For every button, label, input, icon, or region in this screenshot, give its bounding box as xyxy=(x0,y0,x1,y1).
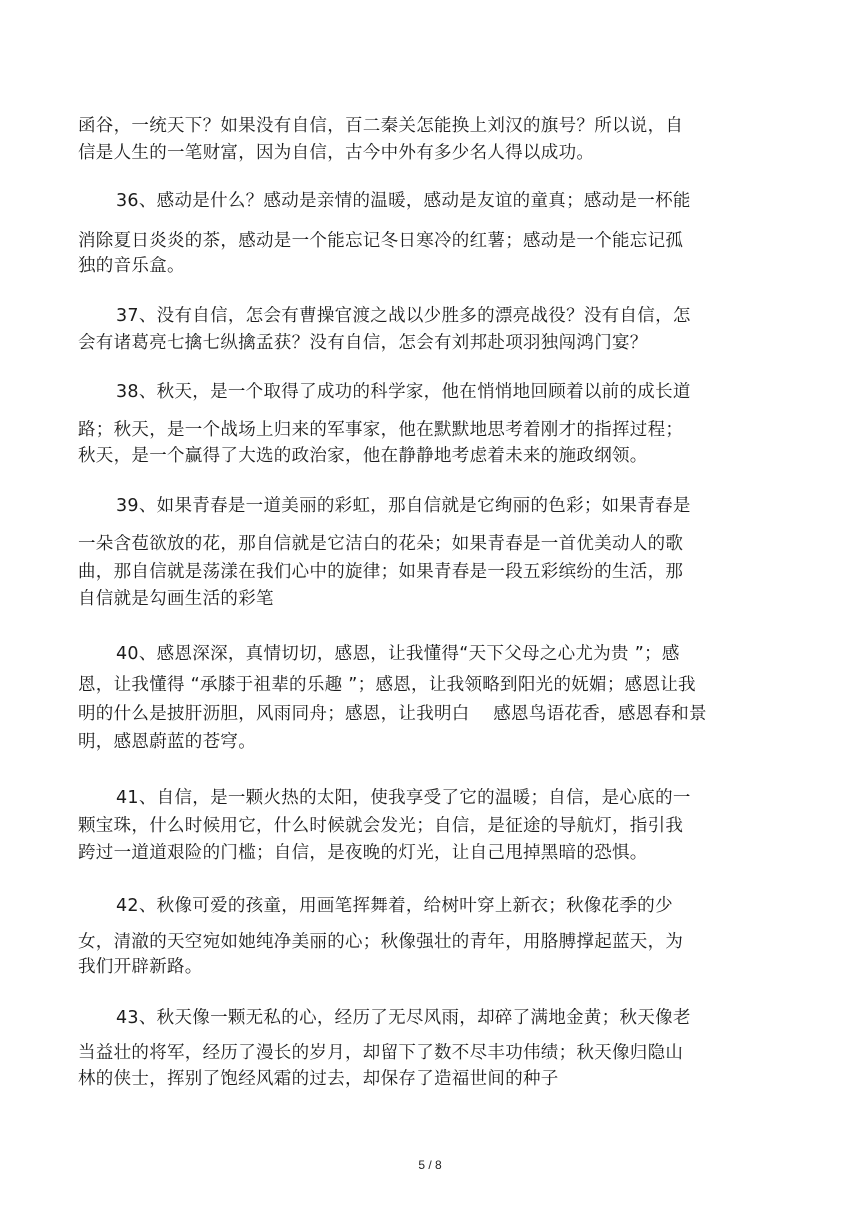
text-line: 颗宝珠，什么时候用它，什么时候就会发光；自信，是征途的导航灯，指引我 xyxy=(78,816,683,836)
page-number: 5 / 8 xyxy=(0,1158,860,1172)
text-line: 明的什么是披肝沥胆，风雨同舟；感恩，让我明白 感恩鸟语花香，感恩春和景 xyxy=(78,704,707,724)
paragraph-38-first-line: 38、秋天，是一个取得了成功的科学家，他在悄悄地回顾着以前的成长道 xyxy=(116,382,691,402)
text-line: 恩，让我懂得 “承膝于祖辈的乐趣 ”；感恩，让我领略到阳光的妩媚；感恩让我 xyxy=(78,675,696,695)
text-line: 林的侠士，挥别了饱经风霜的过去，却保存了造福世间的种子 xyxy=(78,1069,559,1089)
paragraph-42-first-line: 42、秋像可爱的孩童，用画笔挥舞着，给树叶穿上新衣；秋像花季的少 xyxy=(116,896,673,916)
text-line: 会有诸葛亮七擒七纵擒孟获？没有自信，怎会有刘邦赴项羽独闯鸿门宴？ xyxy=(78,333,648,353)
paragraph-36-first-line: 36、感动是什么？感动是亲情的温暖，感动是友谊的童真；感动是一杯能 xyxy=(116,191,691,211)
paragraph-37-first-line: 37、没有自信，怎会有曹操官渡之战以少胜多的漂亮战役？没有自信，怎 xyxy=(116,306,691,326)
text-line: 当益壮的将军，经历了漫长的岁月，却留下了数不尽丰功伟绩；秋天像归隐山 xyxy=(78,1043,683,1063)
text-line: 跨过一道道艰险的门槛；自信，是夜晚的灯光，让自己甩掉黑暗的恐惧。 xyxy=(78,843,648,863)
text-line: 自信就是勾画生活的彩笔 xyxy=(78,589,274,609)
text-line: 函谷，一统天下？如果没有自信，百二秦关怎能换上刘汉的旗号？所以说，自 xyxy=(78,116,683,136)
text-line: 明，感恩蔚蓝的苍穹。 xyxy=(78,732,256,752)
text-line: 我们开辟新路。 xyxy=(78,957,203,977)
text-line: 曲，那自信就是荡漾在我们心中的旋律；如果青春是一段五彩缤纷的生活，那 xyxy=(78,562,683,582)
text-line: 信是人生的一笔财富，因为自信，古今中外有多少名人得以成功。 xyxy=(78,143,594,163)
text-line: 女，清澈的天空宛如她纯净美丽的心；秋像强壮的青年，用胳膊撑起蓝天，为 xyxy=(78,932,683,952)
paragraph-40-first-line: 40、感恩深深，真情切切，感恩，让我懂得“天下父母之心尤为贵 ”；感 xyxy=(116,644,680,664)
text-line: 秋天，是一个赢得了大选的政治家，他在静静地考虑着未来的施政纲领。 xyxy=(78,446,648,466)
document-page: 函谷，一统天下？如果没有自信，百二秦关怎能换上刘汉的旗号？所以说，自 信是人生的… xyxy=(0,0,860,1218)
text-line: 独的音乐盒。 xyxy=(78,256,185,276)
text-line: 一朵含苞欲放的花，那自信就是它洁白的花朵；如果青春是一首优美动人的歌 xyxy=(78,534,683,554)
text-line: 消除夏日炎炎的茶，感动是一个能忘记冬日寒冷的红薯；感动是一个能忘记孤 xyxy=(78,231,683,251)
text-line: 路；秋天，是一个战场上归来的军事家，他在默默地思考着刚才的指挥过程； xyxy=(78,420,683,440)
paragraph-41-first-line: 41、自信，是一颗火热的太阳，使我享受了它的温暖；自信，是心底的一 xyxy=(116,788,691,808)
paragraph-43-first-line: 43、秋天像一颗无私的心，经历了无尽风雨，却碎了满地金黄；秋天像老 xyxy=(116,1008,691,1028)
paragraph-39-first-line: 39、如果青春是一道美丽的彩虹，那自信就是它绚丽的色彩；如果青春是 xyxy=(116,496,691,516)
